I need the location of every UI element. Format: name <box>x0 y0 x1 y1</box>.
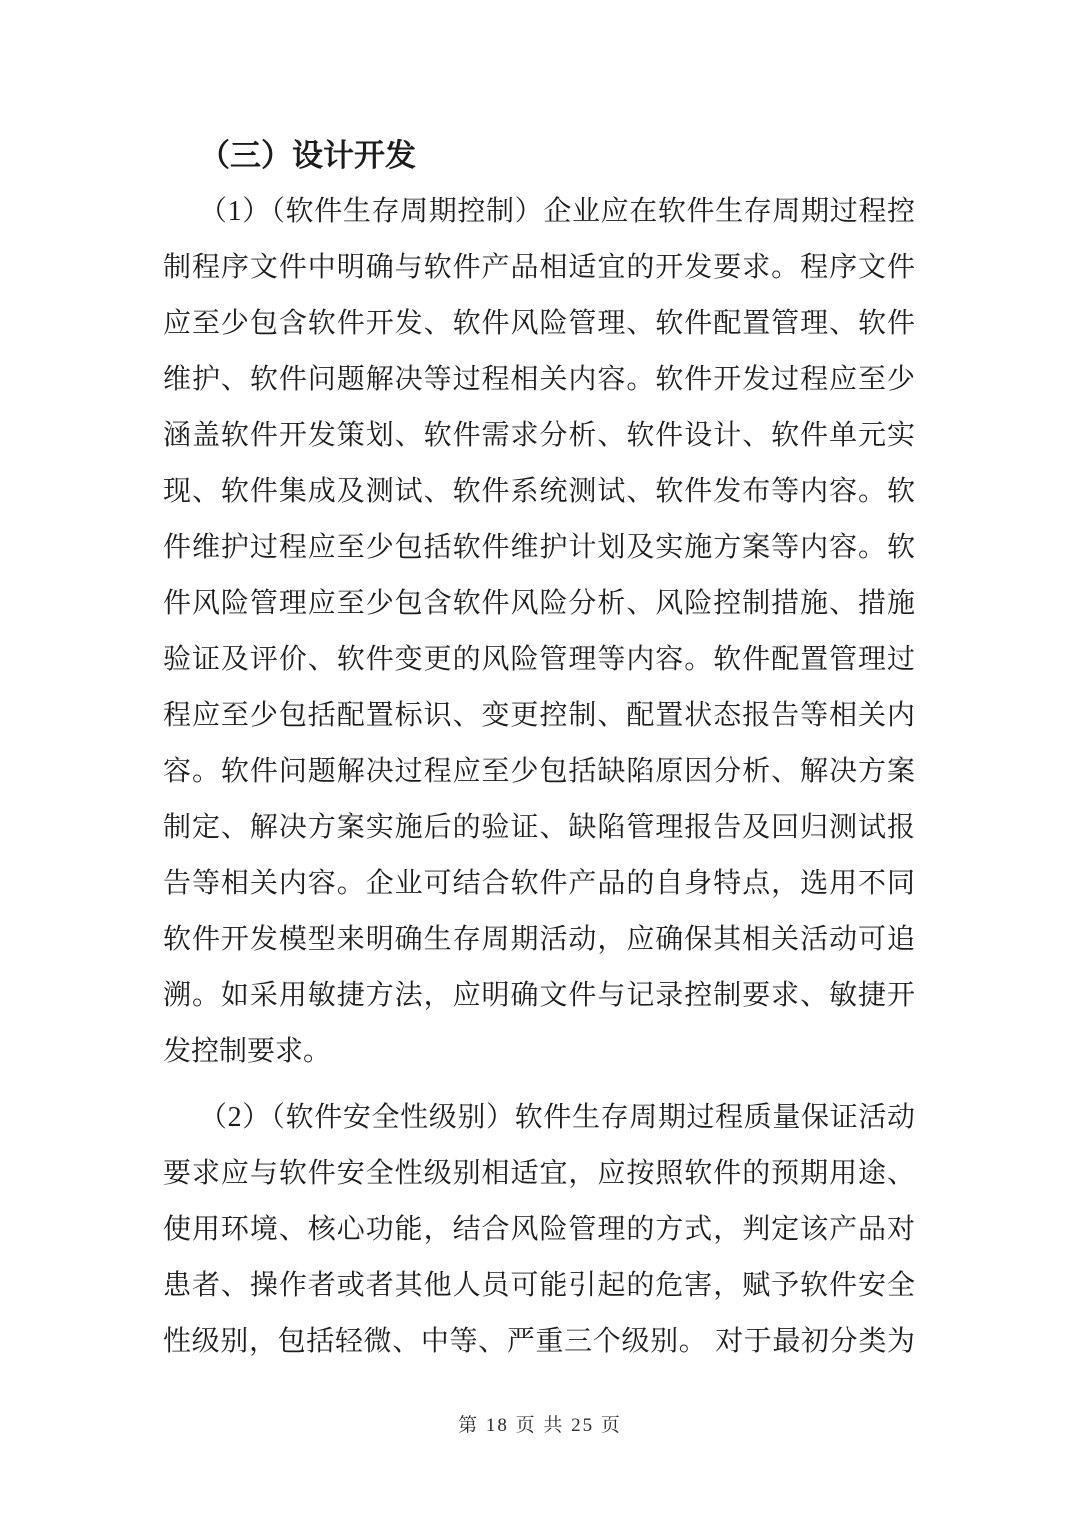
text-line: 制定、解决方案实施后的验证、缺陷管理报告及回归测试报 <box>163 800 915 856</box>
text-line: 件维护过程应至少包括软件维护计划及实施方案等内容。软 <box>163 520 915 576</box>
text-line: 应至少包含软件开发、软件风险管理、软件配置管理、软件 <box>163 296 915 352</box>
text-line: 验证及评价、软件变更的风险管理等内容。软件配置管理过 <box>163 632 915 688</box>
text-line: 程应至少包括配置标识、变更控制、配置状态报告等相关内 <box>163 688 915 744</box>
text-line: 涵盖软件开发策划、软件需求分析、软件设计、软件单元实 <box>163 408 915 464</box>
page-footer: 第 18 页 共 25 页 <box>0 1410 1080 1437</box>
text-line: 软件开发模型来明确生存周期活动，应确保其相关活动可追 <box>163 912 915 968</box>
text-line: 告等相关内容。企业可结合软件产品的自身特点，选用不同 <box>163 856 915 912</box>
document-body: （三）设计开发 （1）（软件生存周期控制）企业应在软件生存周期过程控制程序文件中… <box>163 128 915 1370</box>
text-line: 性级别，包括轻微、中等、严重三个级别。 对于最初分类为 <box>163 1314 915 1370</box>
text-line: 容。软件问题解决过程应至少包括缺陷原因分析、解决方案 <box>163 744 915 800</box>
text-line: 要求应与软件安全性级别相适宜，应按照软件的预期用途、 <box>163 1146 915 1202</box>
section-heading: （三）设计开发 <box>163 128 915 184</box>
text-line: 件风险管理应至少包含软件风险分析、风险控制措施、措施 <box>163 576 915 632</box>
text-line: 维护、软件问题解决等过程相关内容。软件开发过程应至少 <box>163 352 915 408</box>
text-line: 发控制要求。 <box>163 1024 915 1080</box>
text-line: 使用环境、核心功能，结合风险管理的方式，判定该产品对 <box>163 1202 915 1258</box>
text-line: 制程序文件中明确与软件产品相适宜的开发要求。程序文件 <box>163 240 915 296</box>
text-line: 溯。如采用敏捷方法，应明确文件与记录控制要求、敏捷开 <box>163 968 915 1024</box>
paragraph: （2）（软件安全性级别）软件生存周期过程质量保证活动要求应与软件安全性级别相适宜… <box>163 1090 915 1370</box>
text-line: （2）（软件安全性级别）软件生存周期过程质量保证活动 <box>163 1090 915 1146</box>
text-line: 患者、操作者或者其他人员可能引起的危害，赋予软件安全 <box>163 1258 915 1314</box>
text-line: （1）（软件生存周期控制）企业应在软件生存周期过程控 <box>163 184 915 240</box>
document-page: （三）设计开发 （1）（软件生存周期控制）企业应在软件生存周期过程控制程序文件中… <box>0 0 1080 1527</box>
paragraph: （1）（软件生存周期控制）企业应在软件生存周期过程控制程序文件中明确与软件产品相… <box>163 184 915 1080</box>
text-line: 现、软件集成及测试、软件系统测试、软件发布等内容。软 <box>163 464 915 520</box>
paragraphs-container: （1）（软件生存周期控制）企业应在软件生存周期过程控制程序文件中明确与软件产品相… <box>163 184 915 1370</box>
